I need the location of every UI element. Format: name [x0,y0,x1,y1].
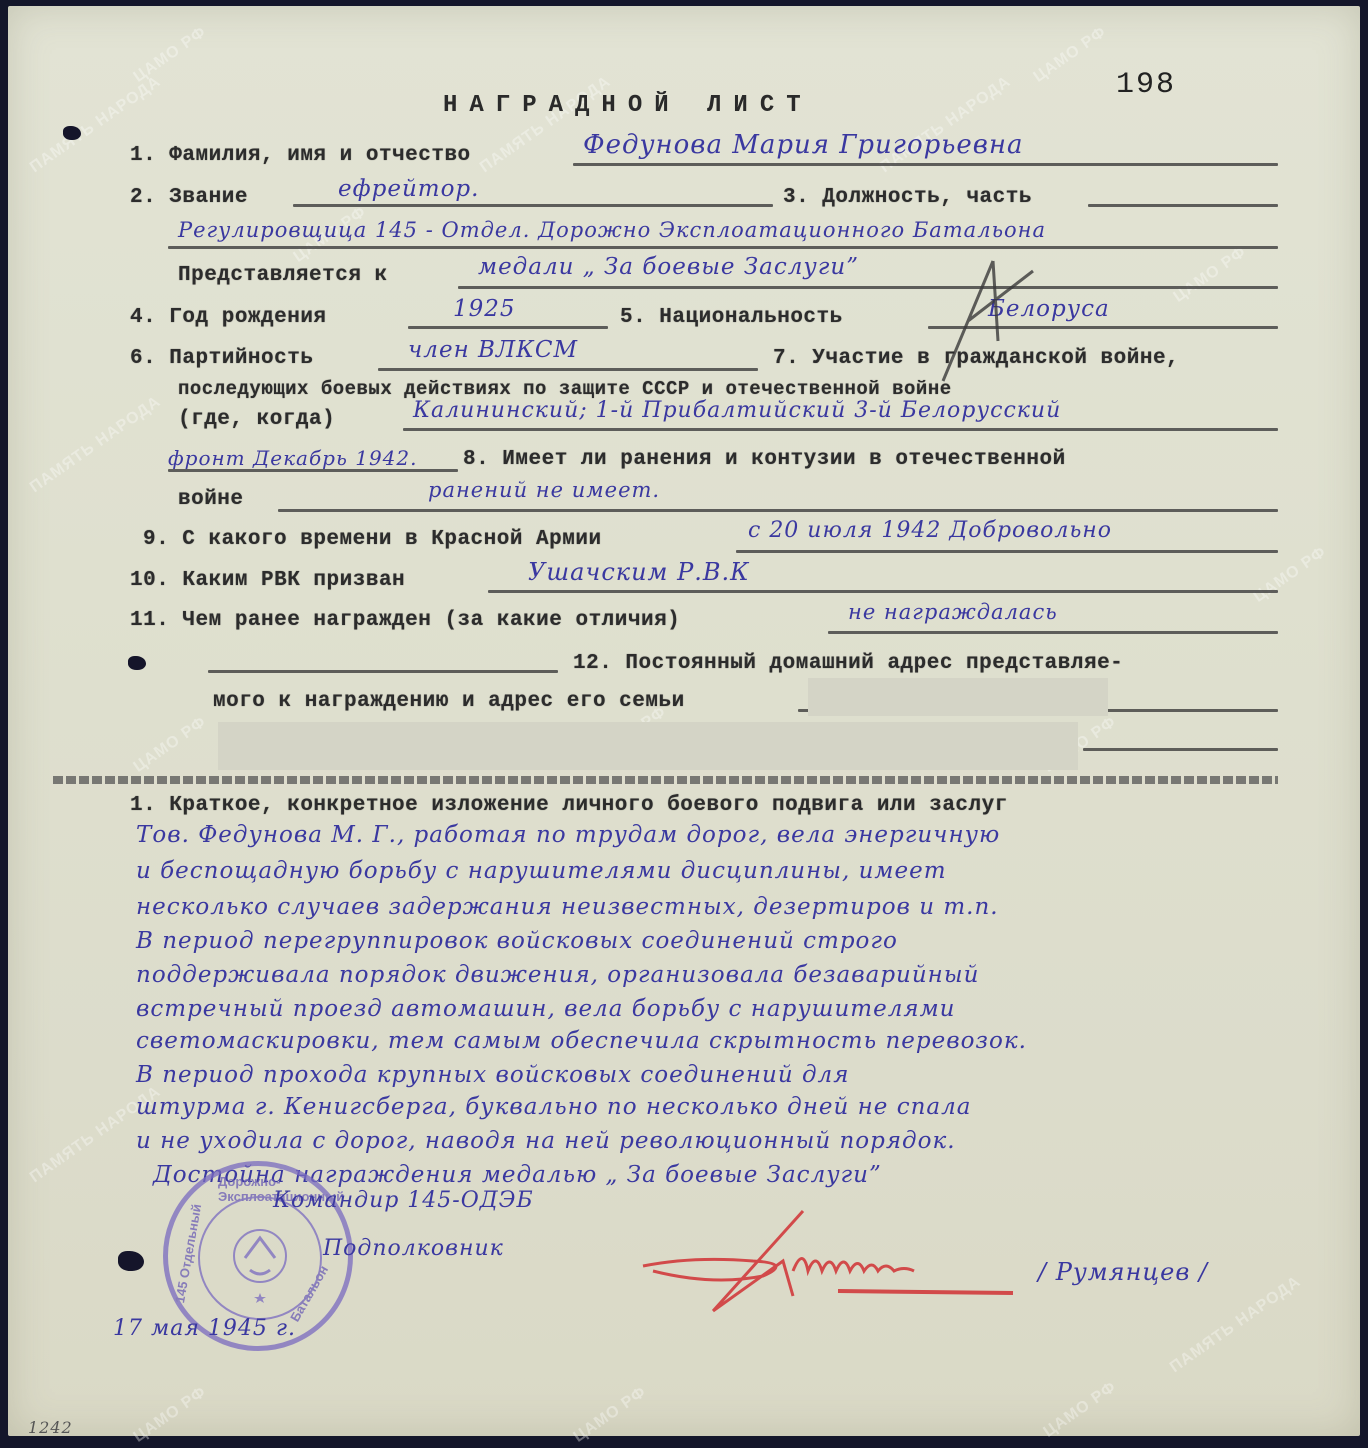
feat-line: несколько случаев задержания неизвестных… [136,894,999,920]
underline [1083,748,1278,751]
punch-hole [118,1251,144,1271]
watermark-site: ПАМЯТЬ НАРОДА [477,73,615,177]
punch-hole [63,126,81,140]
field-4-label: 4. Год рождения [130,306,327,329]
underline [488,590,1278,593]
field-2-value: ефрейтор. [338,176,479,202]
field-12-label-1: 12. Постоянный домашний адрес представля… [573,652,1123,675]
field-6-label: 6. Партийность [130,347,313,370]
underline [208,670,558,673]
feat-line: штурма г. Кенигсберга, буквально по неск… [136,1094,971,1120]
feat-heading: 1. Краткое, конкретное изложение личного… [130,794,1008,817]
underline [293,204,773,207]
signatory-rank: Подполковник [323,1236,504,1261]
field-11-value: не награждалась [848,600,1058,624]
underline [403,428,1278,431]
feat-line: и не уходила с дорог, наводя на ней рево… [136,1128,956,1154]
underline [736,550,1278,553]
field-7-label-2: последующих боевых действиях по защите С… [178,378,952,400]
watermark-archive: ЦАМО РФ [130,713,210,776]
field-10-value: Ушачским Р.В.К [528,558,750,586]
field-7-value-2: фронт Декабрь 1942. [168,446,417,470]
signatory-name: / Румянцев / [1038,1258,1208,1286]
field-3-label: 3. Должность, часть [783,186,1032,209]
section-separator [53,776,1278,784]
field-7-label-3: (где, когда) [178,408,335,431]
redaction-box [218,722,1078,770]
field-7-value-1: Калининский; 1-й Прибалтийский 3-й Белор… [413,398,1061,423]
watermark-site: ПАМЯТЬ НАРОДА [27,393,165,497]
underline [168,469,458,472]
field-11-label: 11. Чем ранее награжден (за какие отличи… [130,609,680,632]
underline [458,286,1278,289]
underline [278,509,1278,512]
underline [1088,204,1278,207]
field-9-value: с 20 июля 1942 Добровольно [748,518,1112,543]
field-8-label-1: 8. Имеет ли ранения и контузии в отечест… [463,448,1066,471]
field-9-label: 9. С какого времени в Красной Армии [143,528,602,551]
field-12-label-2: мого к награждению и адрес его семьи [213,690,685,713]
watermark-archive: ЦАМО РФ [570,1383,650,1446]
award-sheet-paper: ЦАМО РФ ПАМЯТЬ НАРОДА ПАМЯТЬ НАРОДА ЦАМО… [8,6,1360,1436]
field-6-value: член ВЛКСМ [408,337,578,363]
field-10-label: 10. Каким РВК призван [130,569,405,592]
feat-line: поддерживала порядок движения, организов… [136,962,979,988]
watermark-site: ПАМЯТЬ НАРОДА [1167,1273,1305,1377]
field-1-label: 1. Фамилия, имя и отчество [130,144,471,167]
underline [828,631,1278,634]
archive-mark: 1242 [28,1418,73,1437]
redaction-box [808,678,1108,716]
underline [168,246,1278,249]
field-2-label: 2. Звание [130,186,248,209]
watermark-site: ПАМЯТЬ НАРОДА [877,73,1015,177]
field-5-label: 5. Национальность [620,306,843,329]
presented-label: Представляется к [178,264,388,287]
watermark-archive: ЦАМО РФ [130,1383,210,1446]
watermark-archive: ЦАМО РФ [1040,1378,1120,1441]
field-8-value: ранений не имеет. [428,478,660,502]
signature-date: 17 мая 1945 г. [113,1316,296,1341]
document-number: 198 [1116,68,1176,102]
feat-line: и беспощадную борьбу с нарушителями дисц… [136,858,947,884]
signatory-title: Командир 145-ОДЭБ [273,1188,534,1213]
watermark-archive: ЦАМО РФ [130,23,210,86]
feat-line: Тов. Федунова М. Г., работая по трудам д… [136,822,1000,848]
field-1-value: Федунова Мария Григорьевна [583,130,1024,160]
field-3-value: Регулировщица 145 - Отдел. Дорожно Экспл… [178,218,1046,242]
document-title: НАГРАДНОЙ ЛИСТ [443,92,813,119]
review-mark-icon [938,251,1048,391]
feat-line: В период перегруппировок войсковых соеди… [136,928,898,954]
signature-red-icon [633,1201,1023,1321]
field-8-label-2: войне [178,488,244,511]
punch-hole [128,656,146,670]
underline [378,368,758,371]
field-7-label-1: 7. Участие в гражданской войне, [773,347,1179,370]
underline [408,326,608,329]
watermark-archive: ЦАМО РФ [1030,23,1110,86]
underline [573,163,1278,166]
watermark-archive: ЦАМО РФ [1170,243,1250,306]
feat-line: встречный проезд автомашин, вела борьбу … [136,996,955,1022]
feat-line: светомаскировки, тем самым обеспечила ск… [136,1028,1027,1054]
presented-value: медали „ За боевые Заслуги” [478,254,859,280]
field-4-value: 1925 [453,296,516,322]
feat-line: В период прохода крупных войсковых соеди… [136,1062,849,1088]
